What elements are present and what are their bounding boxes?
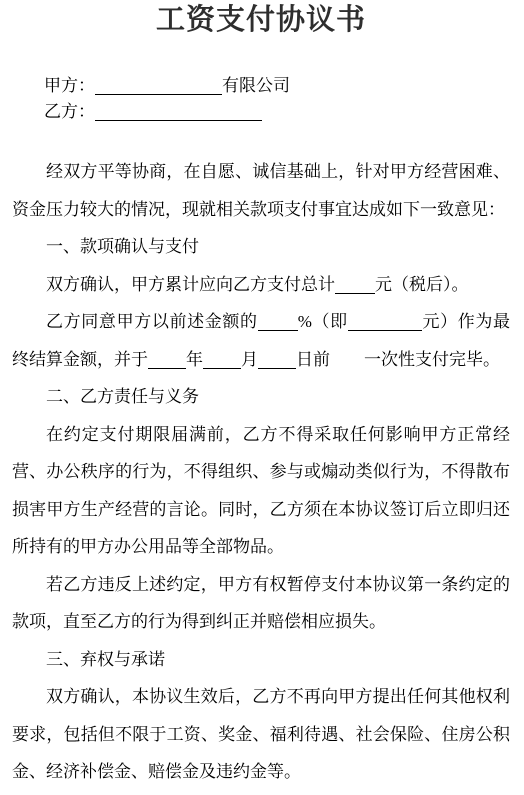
text-run: %（即 bbox=[298, 312, 348, 331]
party-lines: 甲方：有限公司乙方： bbox=[12, 73, 510, 125]
document-title: 工资支付协议书 bbox=[12, 3, 510, 37]
party-a-label: 甲方： bbox=[44, 76, 95, 95]
text-run: 乙方同意甲方以前述金额的 bbox=[46, 312, 258, 331]
text-run: 月 bbox=[241, 350, 258, 369]
paragraph: 若乙方违反上述约定，甲方有权暂停支付本协议第一条约定的款项，直至乙方的行为得到纠… bbox=[12, 566, 510, 641]
text-run: 若乙方违反上述约定，甲方有权暂停支付本协议第一条约定的款项，直至乙方的行为得到纠… bbox=[12, 575, 510, 632]
blank-field bbox=[258, 351, 296, 369]
text-run: 日前 一次性支付完毕。 bbox=[296, 350, 500, 369]
blank-field bbox=[95, 77, 222, 95]
blank-field bbox=[258, 313, 298, 331]
text-run: 年 bbox=[186, 350, 203, 369]
blank-field bbox=[148, 351, 186, 369]
text-run: 经双方平等协商，在自愿、诚信基础上，针对甲方经营困难、资金压力较大的情况，现就相… bbox=[12, 162, 510, 219]
paragraph: 双方确认，本协议生效后，乙方不再向甲方提出任何其他权利要求，包括但不限于工资、奖… bbox=[12, 678, 510, 791]
section-heading: 二、乙方责任与义务 bbox=[12, 378, 510, 416]
blank-field bbox=[335, 276, 375, 294]
text-run: 在约定支付期限届满前，乙方不得采取任何影响甲方正常经营、办公秩序的行为，不得组织… bbox=[12, 425, 510, 557]
text-run: 双方确认，甲方累计应向乙方支付总计 bbox=[46, 275, 335, 294]
text-run: 元（税后）。 bbox=[375, 275, 469, 294]
blank-field bbox=[203, 351, 241, 369]
text-run: 三、弃权与承诺 bbox=[46, 650, 165, 669]
section-heading: 一、款项确认与支付 bbox=[12, 228, 510, 266]
document-body: 经双方平等协商，在自愿、诚信基础上，针对甲方经营困难、资金压力较大的情况，现就相… bbox=[12, 153, 510, 791]
paragraph: 双方确认，甲方累计应向乙方支付总计元（税后）。 bbox=[12, 266, 510, 304]
text-run: 一、款项确认与支付 bbox=[46, 237, 199, 256]
text-run: 二、乙方责任与义务 bbox=[46, 387, 199, 406]
paragraph: 经双方平等协商，在自愿、诚信基础上，针对甲方经营困难、资金压力较大的情况，现就相… bbox=[12, 153, 510, 228]
section-heading: 三、弃权与承诺 bbox=[12, 641, 510, 679]
party-b-label: 乙方： bbox=[44, 102, 95, 121]
party-b-line: 乙方： bbox=[12, 99, 510, 125]
party-a-suffix: 有限公司 bbox=[222, 76, 290, 95]
party-a-line: 甲方：有限公司 bbox=[12, 73, 510, 99]
text-run: 双方确认，本协议生效后，乙方不再向甲方提出任何其他权利要求，包括但不限于工资、奖… bbox=[12, 687, 510, 781]
paragraph: 在约定支付期限届满前，乙方不得采取任何影响甲方正常经营、办公秩序的行为，不得组织… bbox=[12, 416, 510, 566]
blank-field bbox=[95, 103, 262, 121]
blank-field bbox=[348, 313, 422, 331]
document-page: 工资支付协议书 甲方：有限公司乙方： 经双方平等协商，在自愿、诚信基础上，针对甲… bbox=[0, 0, 524, 795]
paragraph: 乙方同意甲方以前述金额的%（即元）作为最终结算金额，并于年月日前 一次性支付完毕… bbox=[12, 303, 510, 378]
